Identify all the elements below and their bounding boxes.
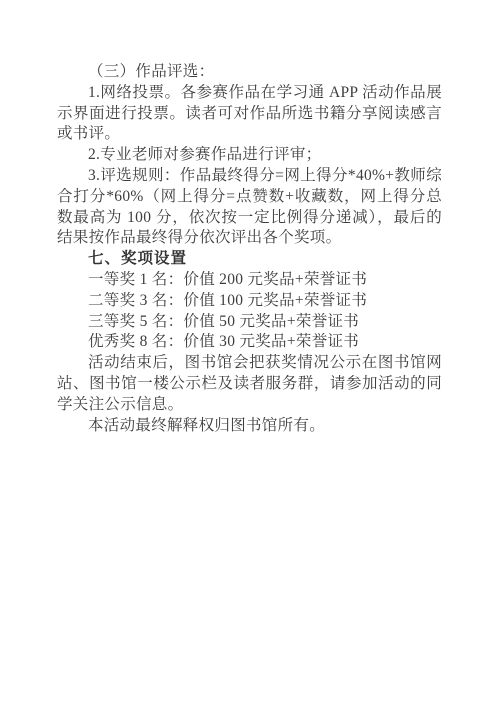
para-results-announcement: 活动结束后，图书馆会把获奖情况公示在图书馆网站、图书馆一楼公示栏及读者服务群，请… (57, 353, 442, 415)
para-second-prize: 二等奖 3 名：价值 100 元奖品+荣誉证书 (57, 291, 442, 312)
para-teacher-review: 2.专业老师对参赛作品进行评审； (57, 145, 442, 166)
para-third-prize: 三等奖 5 名：价值 50 元奖品+荣誉证书 (57, 312, 442, 333)
para-final-interpretation: 本活动最终解释权归图书馆所有。 (57, 416, 442, 437)
heading-awards-setup: 七、奖项设置 (57, 249, 442, 270)
para-excellence-prize: 优秀奖 8 名：价值 30 元奖品+荣誉证书 (57, 332, 442, 353)
para-network-voting: 1.网络投票。各参赛作品在学习通 APP 活动作品展示界面进行投票。读者可对作品… (57, 83, 442, 145)
para-section-title-evaluation: （三）作品评选： (57, 62, 442, 83)
document-page: （三）作品评选： 1.网络投票。各参赛作品在学习通 APP 活动作品展示界面进行… (0, 0, 500, 707)
para-first-prize: 一等奖 1 名：价值 200 元奖品+荣誉证书 (57, 270, 442, 291)
para-scoring-rules: 3.评选规则：作品最终得分=网上得分*40%+教师综合打分*60%（网上得分=点… (57, 166, 442, 249)
document-body: （三）作品评选： 1.网络投票。各参赛作品在学习通 APP 活动作品展示界面进行… (57, 62, 442, 436)
